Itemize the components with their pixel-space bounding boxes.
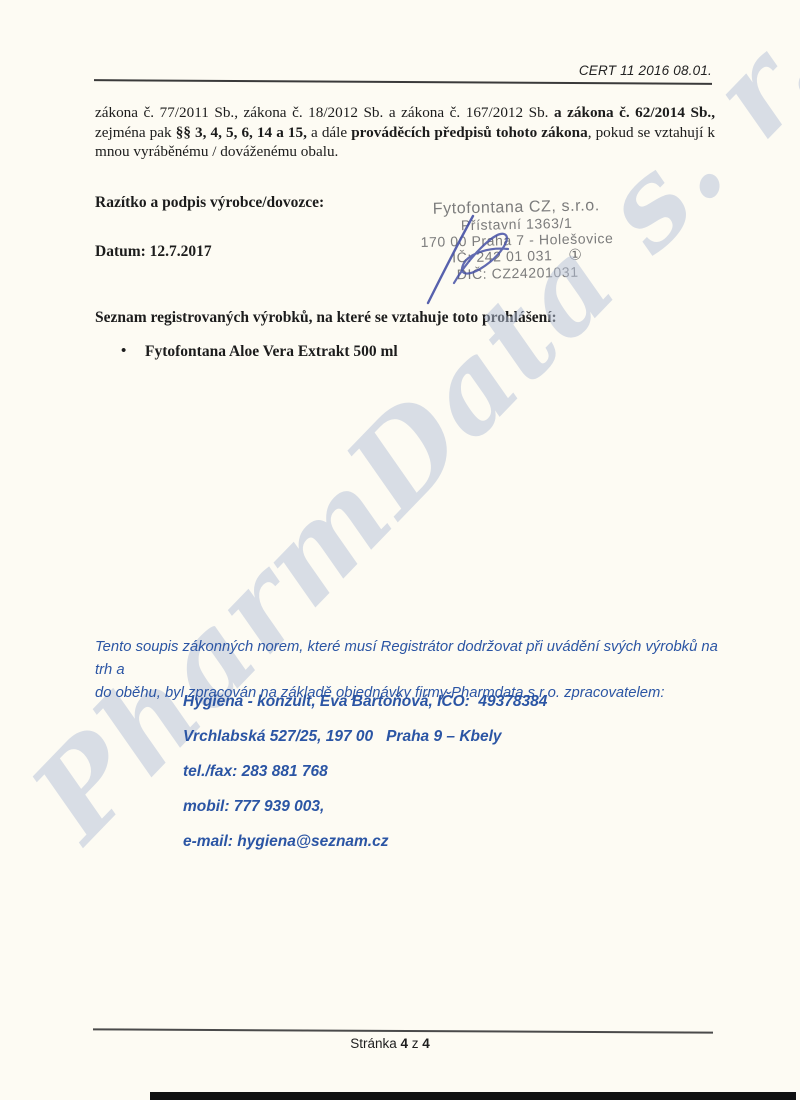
bullet-icon: •: [121, 343, 145, 361]
footer-prefix: Stránka: [350, 1036, 400, 1051]
page-number-footer: Stránka 4 z 4: [80, 1036, 700, 1051]
stamp-and-signature-label: Razítko a podpis výrobce/dovozce:: [95, 194, 324, 212]
contact-telfax-line: tel./fax: 283 881 768: [183, 762, 547, 782]
note-line: Tento soupis zákonných norem, které musí…: [95, 636, 735, 682]
legal-segment: zákona č. 77/2011 Sb., zákona č. 18/2012…: [95, 104, 554, 121]
product-list-item: • Fytofontana Aloe Vera Extrakt 500 ml: [121, 343, 398, 361]
legal-segment-bold: prováděcích předpisů tohoto zákona: [351, 124, 587, 141]
legal-segment: a dále: [307, 124, 351, 141]
header-rule: [94, 79, 712, 85]
footer-current-page: 4: [400, 1036, 408, 1051]
document-code: CERT 11 2016 08.01.: [579, 63, 712, 78]
contact-mobile-line: mobil: 777 939 003,: [183, 797, 547, 817]
contact-email-line: e-mail: hygiena@seznam.cz: [183, 832, 547, 852]
scanned-document-page: CERT 11 2016 08.01. zákona č. 77/2011 Sb…: [0, 0, 800, 1100]
legal-paragraph: zákona č. 77/2011 Sb., zákona č. 18/2012…: [95, 103, 715, 162]
contact-block: Hygiena - konzult, Eva Bartoňová, IČO: 4…: [183, 692, 547, 867]
contact-company-line: Hygiena - konzult, Eva Bartoňová, IČO: 4…: [183, 692, 547, 712]
footer-rule: [93, 1028, 713, 1033]
scan-edge-artifact: [150, 1092, 796, 1100]
footer-total-pages: 4: [422, 1036, 430, 1051]
circled-one-badge: ①: [568, 248, 582, 264]
product-name: Fytofontana Aloe Vera Extrakt 500 ml: [145, 343, 398, 361]
legal-segment-bold: §§ 3, 4, 5, 6, 14 a 15,: [176, 124, 307, 141]
handwritten-signature: [412, 203, 542, 308]
legal-segment: zejména pak: [95, 124, 176, 141]
products-list-heading: Seznam registrovaných výrobků, na které …: [95, 309, 557, 327]
legal-segment-bold: a zákona č. 62/2014 Sb.,: [554, 104, 715, 121]
date-label: Datum: 12.7.2017: [95, 243, 212, 261]
footer-separator: z: [408, 1036, 422, 1051]
contact-address-line: Vrchlabská 527/25, 197 00 Praha 9 – Kbel…: [183, 727, 547, 747]
